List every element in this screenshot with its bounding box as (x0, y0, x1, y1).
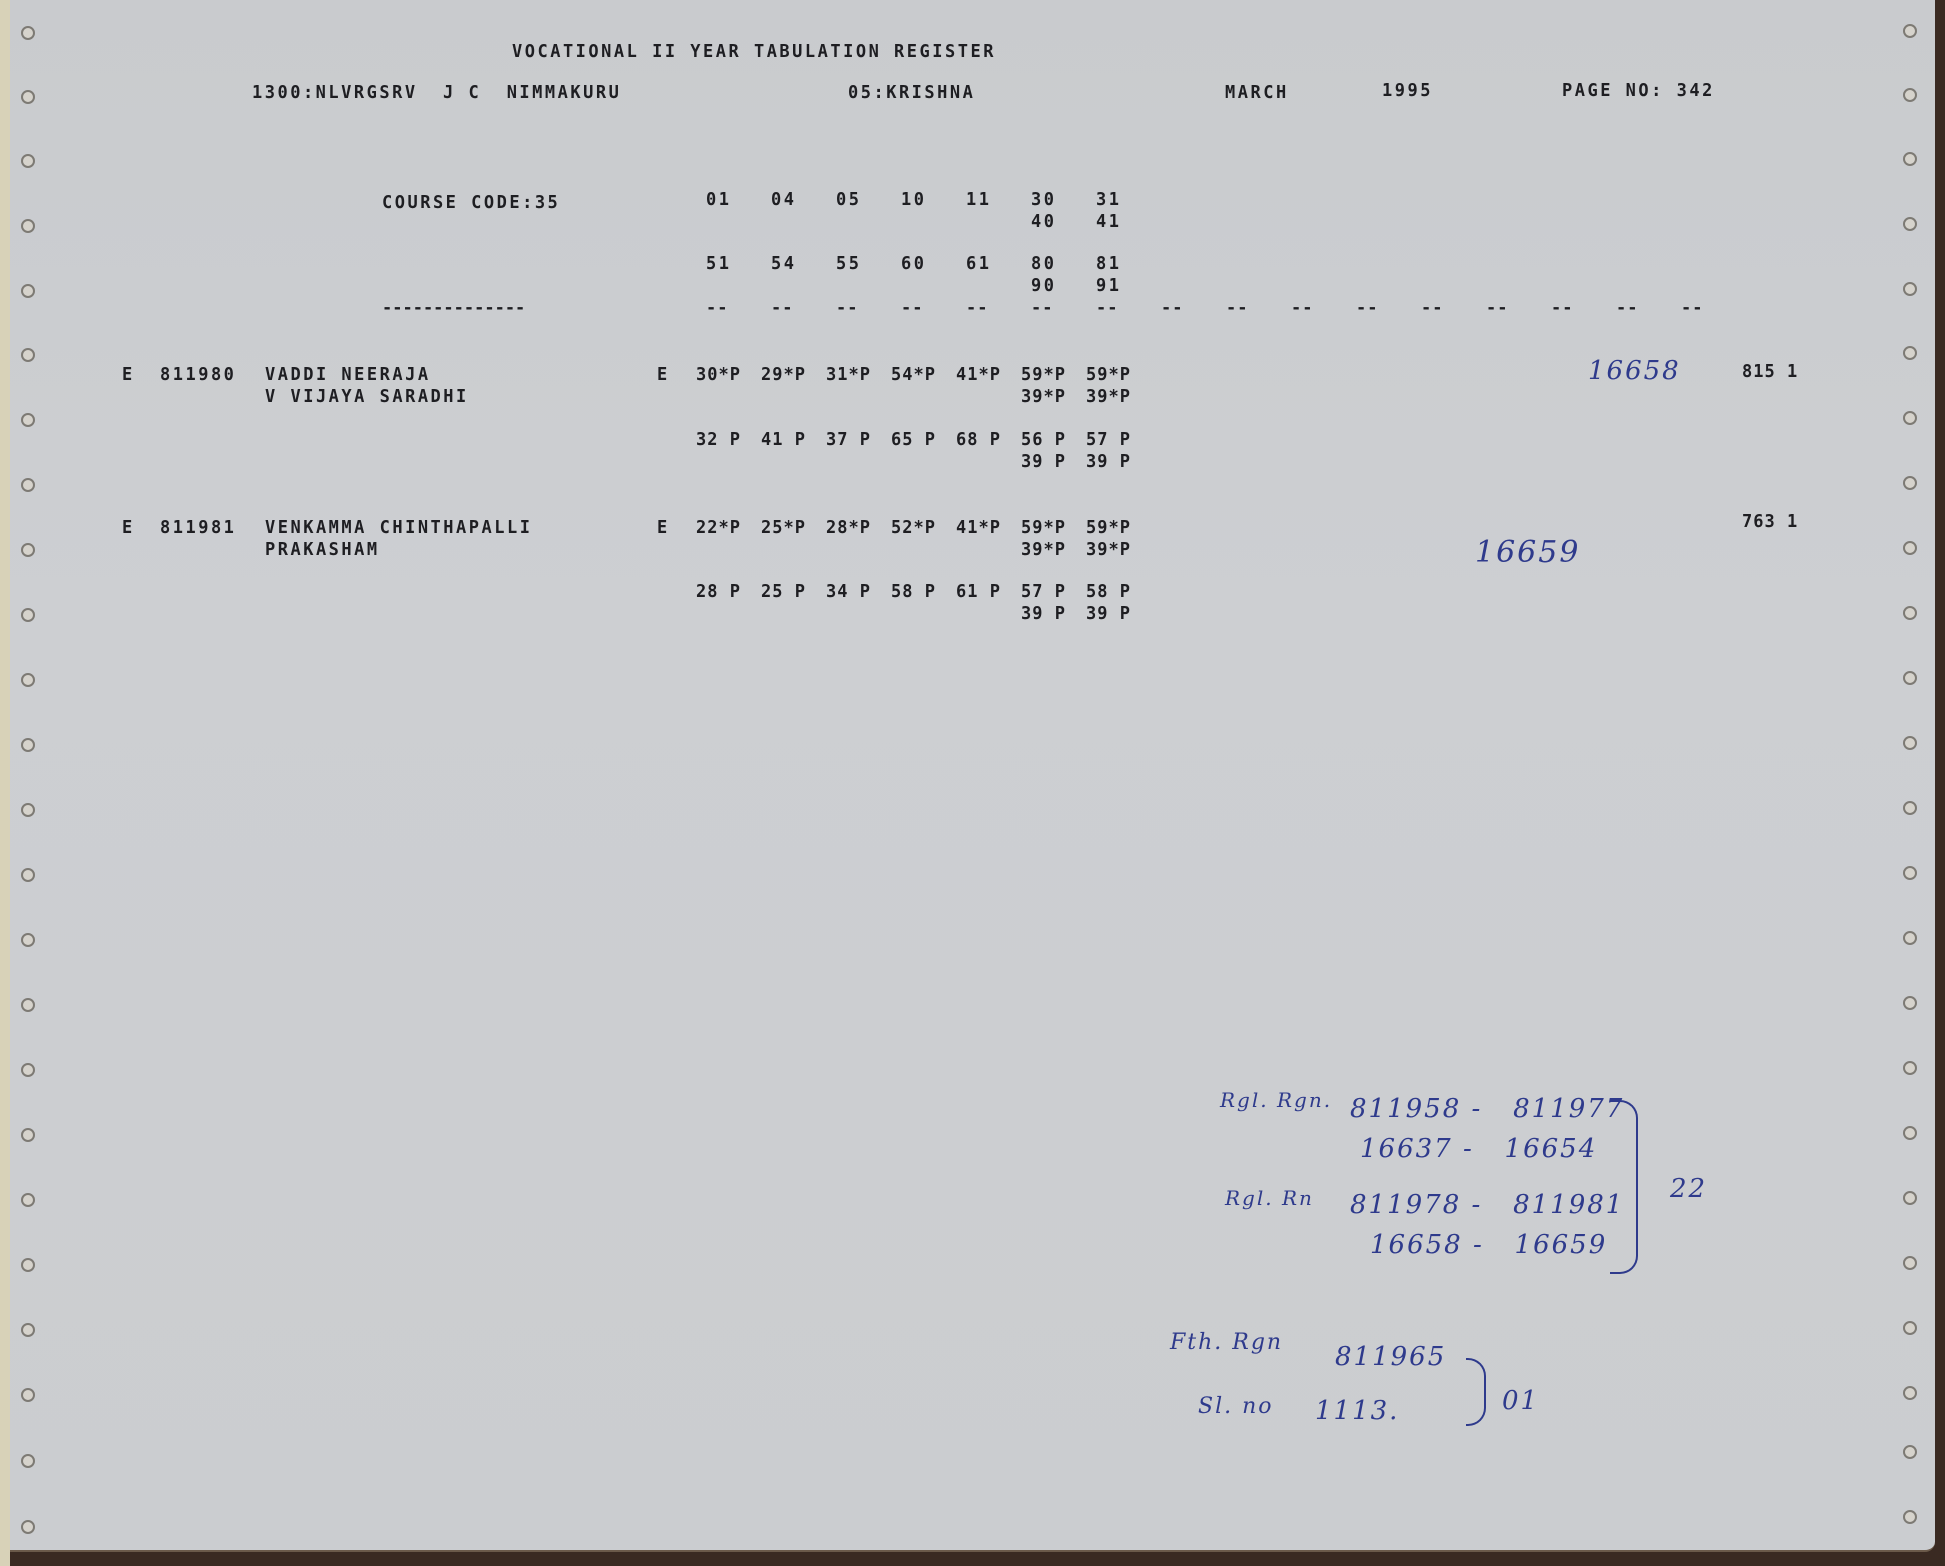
sprocket-hole (21, 1520, 35, 1534)
separator: -- (1681, 298, 1703, 318)
mark: 28*P (826, 518, 871, 539)
note-value: 1113. (1315, 1396, 1399, 1426)
note-value: 811965 (1335, 1342, 1446, 1372)
mark: 30*P (696, 365, 741, 386)
sprocket-hole (1903, 606, 1917, 620)
separator: -- (706, 298, 728, 318)
sprocket-hole (21, 219, 35, 233)
separator: -- (1421, 298, 1443, 318)
page-number: PAGE NO: 342 (1562, 81, 1715, 102)
sprocket-hole (1903, 801, 1917, 815)
total-marks: 815 1 (1742, 362, 1798, 383)
medium: E (657, 365, 670, 386)
separator: -- (771, 298, 793, 318)
mark: 39*P (1086, 540, 1131, 561)
mark: 54*P (891, 365, 936, 386)
sprocket-hole (1903, 152, 1917, 166)
sprocket-hole (1903, 88, 1917, 102)
mark: 41*P (956, 518, 1001, 539)
sprocket-hole (1903, 931, 1917, 945)
sprocket-hole (21, 1128, 35, 1142)
mark: 22*P (696, 518, 741, 539)
note-range: 16637 - 16654 (1360, 1134, 1597, 1164)
sprocket-hole (21, 154, 35, 168)
code: 40 (1031, 212, 1056, 233)
sprocket-hole (1903, 1061, 1917, 1075)
sprocket-hole (1903, 996, 1917, 1010)
code: 60 (901, 254, 926, 275)
sprocket-hole (21, 413, 35, 427)
separator: -- (1226, 298, 1248, 318)
sprocket-hole (1903, 1445, 1917, 1459)
sprocket-hole (21, 673, 35, 687)
group-total: 01 (1502, 1386, 1539, 1416)
mark: 34 P (826, 582, 871, 603)
mark: 58 P (1086, 582, 1131, 603)
sprocket-hole (1903, 1321, 1917, 1335)
sprocket-hole (21, 543, 35, 557)
code: 90 (1031, 276, 1056, 297)
note-label: Fth. Rgn (1170, 1330, 1283, 1355)
sprocket-hole (1903, 541, 1917, 555)
mark: 39*P (1086, 387, 1131, 408)
mark: 59*P (1086, 365, 1131, 386)
sprocket-hole (21, 1193, 35, 1207)
total-marks: 763 1 (1742, 512, 1798, 533)
mark: 37 P (826, 430, 871, 451)
code: 51 (706, 254, 731, 275)
note-range: 16658 - 16659 (1370, 1230, 1607, 1260)
mark: 29*P (761, 365, 806, 386)
medium: E (657, 518, 670, 539)
code: 54 (771, 254, 796, 275)
note-range: 811978 - 811981 (1350, 1190, 1624, 1220)
guardian-name: PRAKASHAM (265, 540, 380, 561)
separator: -- (1291, 298, 1313, 318)
brace (1610, 1100, 1638, 1274)
separator: -- (901, 298, 923, 318)
separator: -- (1486, 298, 1508, 318)
mark: 28 P (696, 582, 741, 603)
sprocket-hole (1903, 217, 1917, 231)
sprocket-hole (1903, 1386, 1917, 1400)
student-name: VENKAMMA CHINTHAPALLI (265, 518, 532, 539)
mark: 56 P (1021, 430, 1066, 451)
sprocket-hole (21, 348, 35, 362)
mark: 39*P (1021, 540, 1066, 561)
code: 91 (1096, 276, 1121, 297)
code: 01 (706, 190, 731, 211)
separator: -- (1096, 298, 1118, 318)
sprocket-hole (21, 608, 35, 622)
sprocket-hole (21, 478, 35, 492)
sprocket-hole (21, 998, 35, 1012)
note-label: Rgl. Rn (1225, 1186, 1314, 1210)
handwritten-serial: 16658 (1588, 356, 1681, 386)
mark: 41 P (761, 430, 806, 451)
reg-number: 811980 (160, 365, 236, 386)
student-name: VADDI NEERAJA (265, 365, 431, 386)
separator: -- (1616, 298, 1638, 318)
sprocket-hole (1903, 671, 1917, 685)
mark: 39 P (1021, 604, 1066, 625)
code: 55 (836, 254, 861, 275)
group-total: 22 (1670, 1174, 1707, 1204)
college-code: 1300:NLVRGSRV J C NIMMAKURU (252, 83, 621, 104)
separator: -- (1031, 298, 1053, 318)
sprocket-hole (21, 1388, 35, 1402)
handwritten-serial: 16659 (1475, 535, 1580, 570)
sprocket-hole (21, 803, 35, 817)
code: 31 (1096, 190, 1121, 211)
sprocket-hole (1903, 476, 1917, 490)
code: 61 (966, 254, 991, 275)
mark: 39*P (1021, 387, 1066, 408)
mark: 59*P (1021, 365, 1066, 386)
sprocket-hole (21, 933, 35, 947)
sprocket-hole (21, 1454, 35, 1468)
exam-year: 1995 (1382, 81, 1433, 102)
mark: 25*P (761, 518, 806, 539)
mark: 59*P (1086, 518, 1131, 539)
mark: 57 P (1021, 582, 1066, 603)
sprocket-hole (1903, 1510, 1917, 1524)
code: 80 (1031, 254, 1056, 275)
mark: 25 P (761, 582, 806, 603)
mark: 68 P (956, 430, 1001, 451)
sprocket-hole (21, 1323, 35, 1337)
record-flag: E (122, 365, 135, 386)
sprocket-hole (1903, 346, 1917, 360)
mark: 39 P (1021, 452, 1066, 473)
exam-month: MARCH (1225, 83, 1289, 104)
sprocket-hole (21, 1258, 35, 1272)
code: 04 (771, 190, 796, 211)
register-title: VOCATIONAL II YEAR TABULATION REGISTER (512, 42, 996, 63)
mark: 65 P (891, 430, 936, 451)
code: 10 (901, 190, 926, 211)
sprocket-hole (1903, 282, 1917, 296)
mark: 41*P (956, 365, 1001, 386)
mark: 39 P (1086, 604, 1131, 625)
course-underline: -------------- (382, 298, 525, 318)
code: 30 (1031, 190, 1056, 211)
separator: -- (1551, 298, 1573, 318)
mark: 52*P (891, 518, 936, 539)
code: 11 (966, 190, 991, 211)
separator: -- (1161, 298, 1183, 318)
sprocket-hole (21, 1063, 35, 1077)
sprocket-hole (1903, 411, 1917, 425)
tabulation-sheet: VOCATIONAL II YEAR TABULATION REGISTER 1… (10, 0, 1935, 1552)
sprocket-hole (1903, 1256, 1917, 1270)
code: 05 (836, 190, 861, 211)
sprocket-hole (21, 738, 35, 752)
mark: 32 P (696, 430, 741, 451)
brace (1466, 1358, 1486, 1426)
sprocket-hole (1903, 1126, 1917, 1140)
course-code: COURSE CODE:35 (382, 193, 560, 214)
district: 05:KRISHNA (848, 83, 975, 104)
sprocket-hole (21, 868, 35, 882)
sprocket-hole (1903, 736, 1917, 750)
mark: 31*P (826, 365, 871, 386)
sprocket-hole (1903, 866, 1917, 880)
sprocket-hole (1903, 24, 1917, 38)
mark: 39 P (1086, 452, 1131, 473)
mark: 58 P (891, 582, 936, 603)
separator: -- (966, 298, 988, 318)
note-label: Sl. no (1198, 1394, 1274, 1419)
record-flag: E (122, 518, 135, 539)
reg-number: 811981 (160, 518, 236, 539)
sprocket-hole (21, 26, 35, 40)
note-label: Rgl. Rgn. (1220, 1088, 1332, 1112)
sprocket-hole (21, 284, 35, 298)
sprocket-hole (1903, 1191, 1917, 1205)
binding-strip (0, 0, 10, 1566)
sprocket-hole (21, 90, 35, 104)
separator: -- (1356, 298, 1378, 318)
code: 81 (1096, 254, 1121, 275)
mark: 57 P (1086, 430, 1131, 451)
mark: 61 P (956, 582, 1001, 603)
mark: 59*P (1021, 518, 1066, 539)
separator: -- (836, 298, 858, 318)
guardian-name: V VIJAYA SARADHI (265, 387, 469, 408)
code: 41 (1096, 212, 1121, 233)
note-range: 811958 - 811977 (1350, 1094, 1624, 1124)
